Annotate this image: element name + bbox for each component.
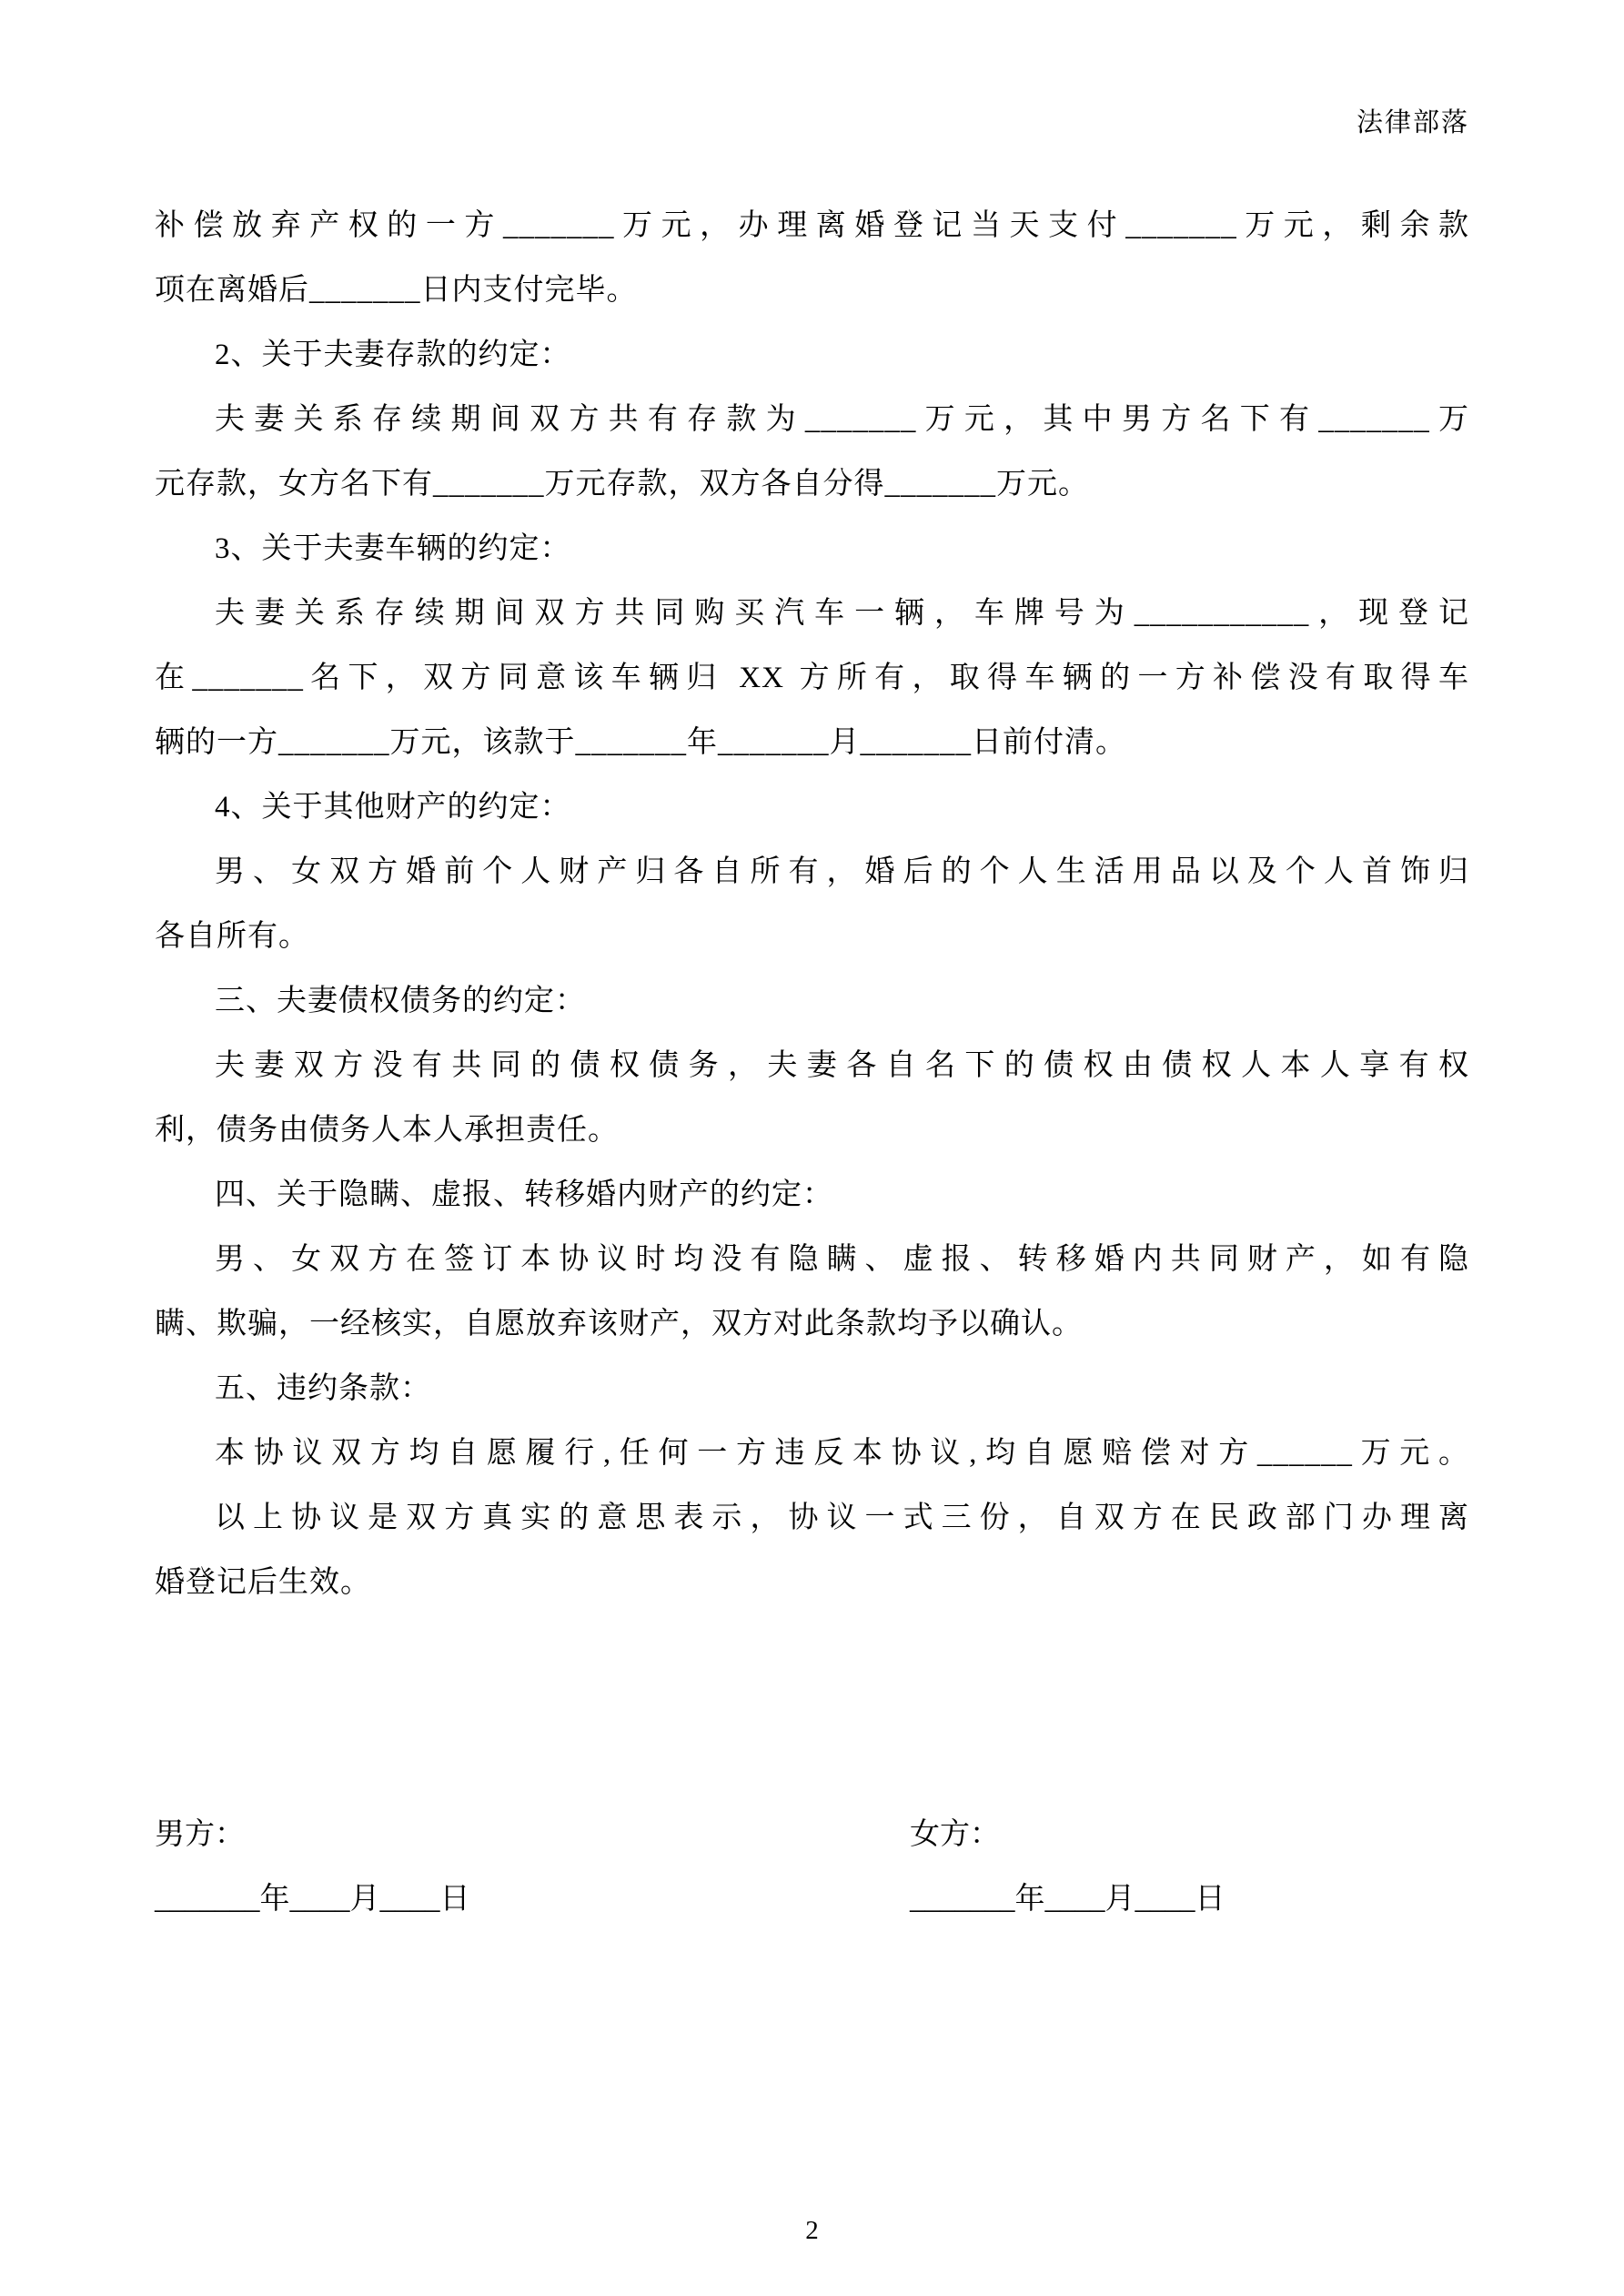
page-header: 法律部落	[0, 0, 1624, 141]
body-line: 4、关于其他财产的约定：	[155, 775, 1469, 840]
husband-date-line: _______年____月____日	[155, 1867, 910, 1932]
body-line: 四、关于隐瞒、虚报、转移婚内财产的约定：	[155, 1163, 1469, 1228]
brand-watermark: 法律部落	[1357, 108, 1469, 137]
body-line: 本协议双方均自愿履行,任何一方违反本协议,均自愿赔偿对方______万元。	[155, 1421, 1469, 1486]
body-line: 男、女双方在签订本协议时均没有隐瞒、虚报、转移婚内共同财产，如有隐	[155, 1228, 1469, 1292]
body-line: 婚登记后生效。	[155, 1551, 1469, 1615]
body-line: 辆的一方_______万元，该款于_______年_______月_______…	[155, 711, 1469, 775]
page-number: 2	[0, 2216, 1624, 2246]
body-line: 以上协议是双方真实的意思表示，协议一式三份，自双方在民政部门办理离	[155, 1486, 1469, 1551]
signature-dates-row: _______年____月____日 _______年____月____日	[155, 1867, 1469, 1932]
body-line: 三、夫妻债权债务的约定：	[155, 969, 1469, 1034]
heading-other-property: 4、关于其他财产的约定：	[155, 775, 1469, 840]
body-line: 3、关于夫妻车辆的约定：	[155, 517, 1469, 582]
signature-labels-row: 男方： 女方：	[155, 1803, 1469, 1867]
heading-debts: 三、夫妻债权债务的约定：	[155, 969, 1469, 1034]
paragraph-concealment: 男、女双方在签订本协议时均没有隐瞒、虚报、转移婚内共同财产，如有隐 瞒、欺骗，一…	[155, 1228, 1469, 1357]
body-line: 利，债务由债务人本人承担责任。	[155, 1098, 1469, 1163]
body-line: 各自所有。	[155, 905, 1469, 969]
wife-date-line: _______年____月____日	[910, 1867, 1469, 1932]
husband-signature-label: 男方：	[155, 1803, 910, 1867]
signature-section: 男方： 女方： _______年____月____日 _______年____月…	[0, 1803, 1624, 1932]
heading-deposits: 2、关于夫妻存款的约定：	[155, 323, 1469, 388]
wife-signature-label: 女方：	[910, 1803, 1469, 1867]
body-line: 夫妻关系存续期间双方共同购买汽车一辆，车牌号为___________，现登记	[155, 582, 1469, 646]
body-line: 项在离婚后_______日内支付完毕。	[155, 258, 1469, 323]
document-body: 补偿放弃产权的一方_______万元，办理离婚登记当天支付_______万元，剩…	[0, 194, 1624, 1615]
paragraph-breach: 本协议双方均自愿履行,任何一方违反本协议,均自愿赔偿对方______万元。	[155, 1421, 1469, 1486]
paragraph-deposits: 夫妻关系存续期间双方共有存款为_______万元，其中男方名下有_______万…	[155, 388, 1469, 517]
heading-concealment: 四、关于隐瞒、虚报、转移婚内财产的约定：	[155, 1163, 1469, 1228]
paragraph-effectiveness: 以上协议是双方真实的意思表示，协议一式三份，自双方在民政部门办理离 婚登记后生效…	[155, 1486, 1469, 1615]
paragraph-other-property: 男、女双方婚前个人财产归各自所有，婚后的个人生活用品以及个人首饰归 各自所有。	[155, 840, 1469, 969]
body-line: 夫妻双方没有共同的债权债务，夫妻各自名下的债权由债权人本人享有权	[155, 1034, 1469, 1098]
heading-breach: 五、违约条款：	[155, 1357, 1469, 1421]
paragraph-vehicle: 夫妻关系存续期间双方共同购买汽车一辆，车牌号为___________，现登记 在…	[155, 582, 1469, 775]
paragraph-property-compensation: 补偿放弃产权的一方_______万元，办理离婚登记当天支付_______万元，剩…	[155, 194, 1469, 323]
body-line: 男、女双方婚前个人财产归各自所有，婚后的个人生活用品以及个人首饰归	[155, 840, 1469, 905]
body-line: 补偿放弃产权的一方_______万元，办理离婚登记当天支付_______万元，剩…	[155, 194, 1469, 258]
body-line: 五、违约条款：	[155, 1357, 1469, 1421]
body-line: 在_______名下，双方同意该车辆归 XX 方所有，取得车辆的一方补偿没有取得…	[155, 646, 1469, 711]
body-line: 瞒、欺骗，一经核实，自愿放弃该财产，双方对此条款均予以确认。	[155, 1292, 1469, 1357]
body-line: 2、关于夫妻存款的约定：	[155, 323, 1469, 388]
paragraph-debts: 夫妻双方没有共同的债权债务，夫妻各自名下的债权由债权人本人享有权 利，债务由债务…	[155, 1034, 1469, 1163]
heading-vehicle: 3、关于夫妻车辆的约定：	[155, 517, 1469, 582]
document-page: 法律部落 补偿放弃产权的一方_______万元，办理离婚登记当天支付______…	[0, 0, 1624, 2296]
body-line: 元存款，女方名下有_______万元存款，双方各自分得_______万元。	[155, 452, 1469, 517]
body-line: 夫妻关系存续期间双方共有存款为_______万元，其中男方名下有_______万	[155, 388, 1469, 452]
